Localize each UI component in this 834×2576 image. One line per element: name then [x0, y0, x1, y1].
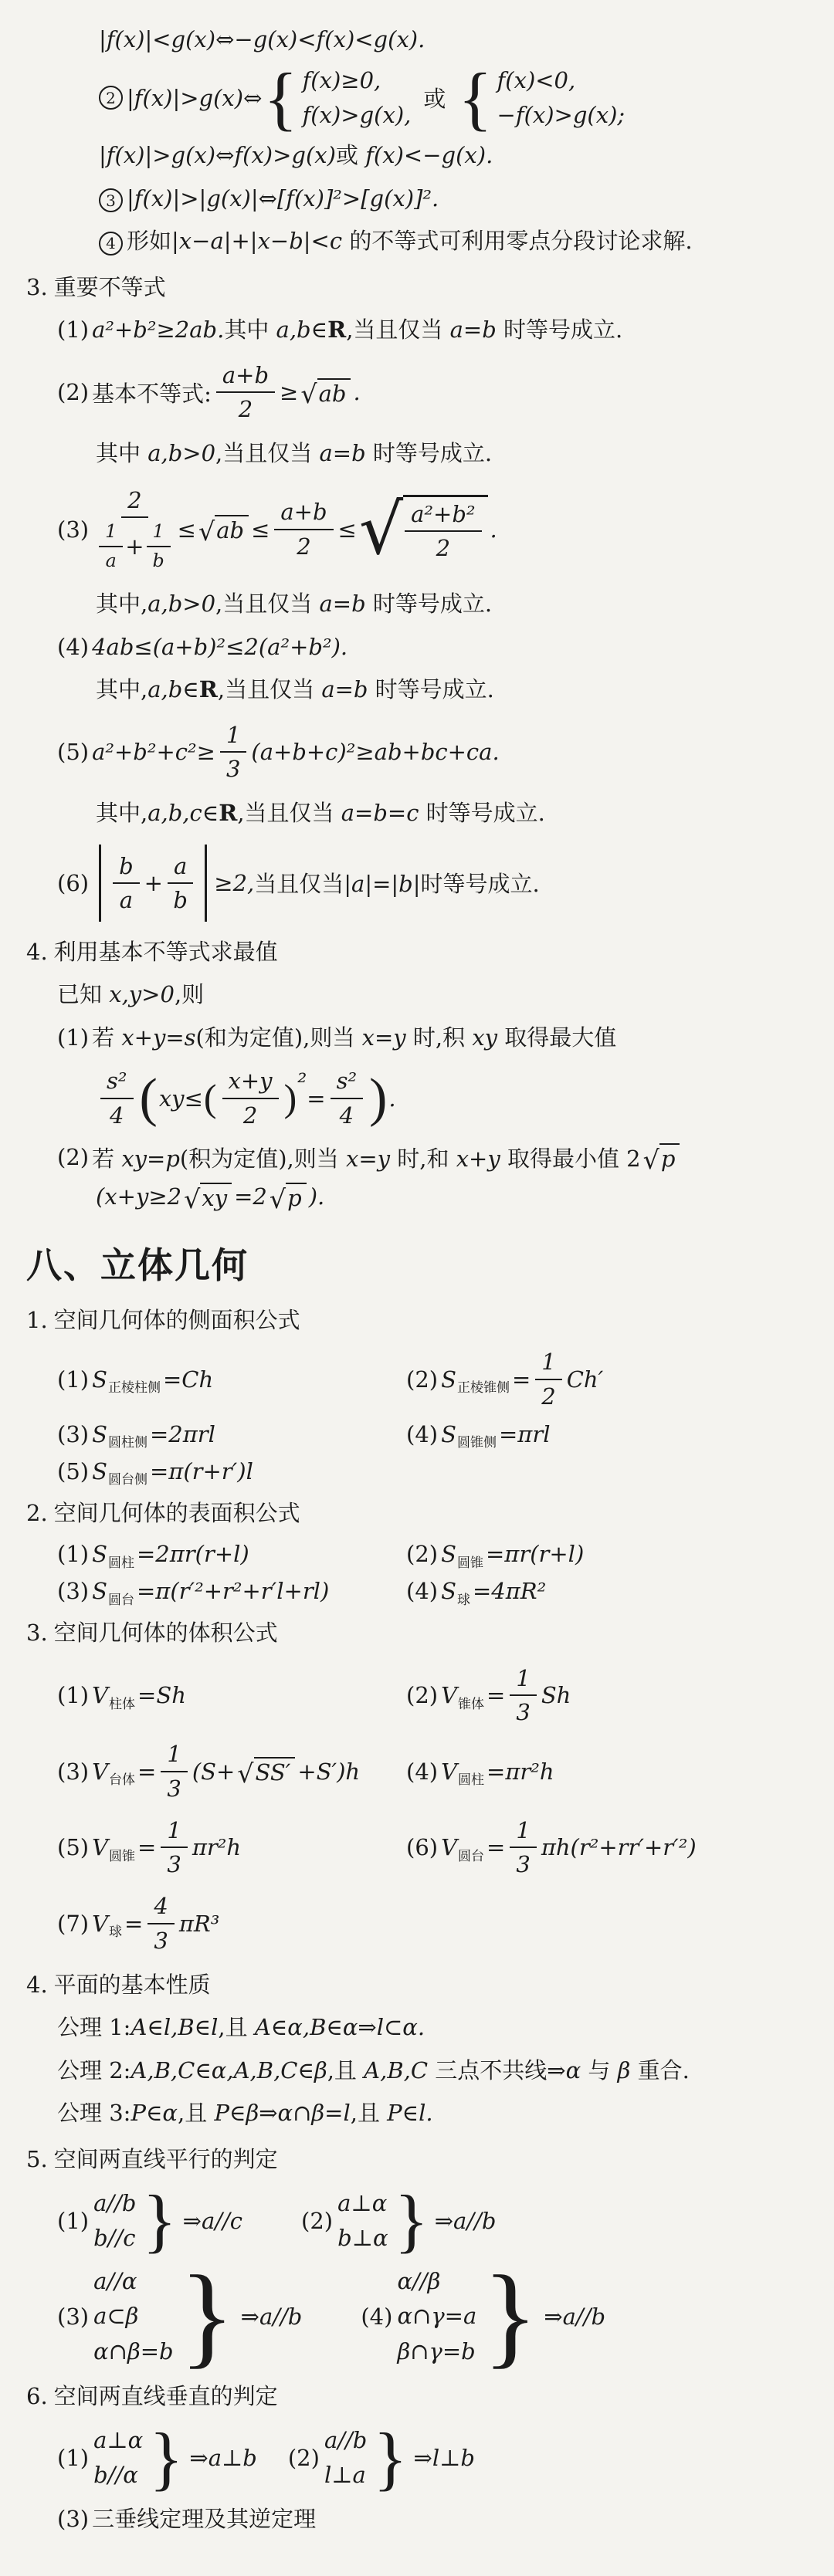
text-run: 4ab≤(a+b)²≤2(a²+b²).: [92, 634, 347, 660]
fraction-denominator: 2: [239, 393, 253, 423]
formula-cell: (1)V柱体=Sh: [57, 1682, 406, 1708]
text-run: |f(x)|>|g(x)|⇔[f(x)]²>[g(x)]².: [127, 185, 439, 212]
condition-stack: a⊥α b⊥α: [337, 2191, 388, 2252]
text-run: 若: [92, 1146, 121, 1172]
formula-row: (7)V球= 43 πR³: [0, 1892, 819, 1955]
formula-abs-2-cases: 2 |f(x)|>g(x)⇔ { f(x)≥0, f(x)>g(x), 或 { …: [0, 66, 819, 130]
formula-text: (x+y≥2: [96, 1183, 181, 1210]
geo-section-6-title: 6.空间两直线垂直的判定: [0, 2380, 819, 2414]
fraction-numerator: s²: [331, 1067, 364, 1098]
condition-row: a⊂β: [93, 2304, 138, 2329]
item-label: (2): [288, 2445, 320, 2471]
text-run: a,b>0: [147, 440, 215, 466]
formula-text: =2πr(r+l): [137, 1541, 249, 1567]
section-number: 1.: [26, 1307, 48, 1333]
condition-row: a//b: [93, 2191, 136, 2216]
circled-number-2: 2: [99, 86, 123, 110]
fraction-numerator: a+b: [216, 361, 275, 393]
formula-cell: (4)S圆锥侧=πrl: [406, 1421, 550, 1447]
text-run: ,且: [218, 2014, 254, 2040]
fraction-denominator: 2: [297, 530, 310, 560]
item-4-1-formula: s²4 ( xy≤ ( x+y2 ) ² = s²4 ) .: [0, 1067, 819, 1129]
formula-text: Sh: [541, 1682, 571, 1708]
item-4-2-formula: (x+y≥2 √xy =2 √p ).: [0, 1183, 819, 1211]
judgement-group: (4) α//β α∩γ=a β∩γ=b } ⇒a//b: [361, 2265, 605, 2368]
fraction-numerator: 1: [510, 1816, 536, 1848]
condition-row: α∩γ=a: [397, 2304, 476, 2329]
fraction-numerator: 2: [121, 486, 147, 518]
text-run: R: [199, 676, 218, 702]
section-number: 3.: [26, 274, 48, 300]
formula-abs-4: 3|f(x)|>|g(x)|⇔[f(x)]²>[g(x)]².: [0, 182, 819, 216]
item-label: (1): [57, 1682, 89, 1708]
text-run: 公理 1:: [57, 2014, 131, 2040]
formula-text: (S+: [192, 1759, 235, 1785]
left-brace: {: [263, 66, 297, 130]
circled-digit: 3: [106, 189, 116, 212]
fraction-numerator: 1: [510, 1664, 536, 1696]
section-title-text: 重要不等式: [54, 274, 166, 300]
item-3-1: (1)a²+b²≥2ab.其中 a,b∈R,当且仅当 a=b 时等号成立.: [0, 313, 819, 347]
fraction-numerator: 1: [161, 1816, 187, 1848]
radical-icon: √: [184, 1183, 200, 1212]
geo-section-3-title: 3.空间几何体的体积公式: [0, 1616, 819, 1650]
radicand: SS′: [254, 1757, 296, 1786]
fraction-denominator: 3: [516, 1848, 530, 1878]
text-run: a=b: [450, 316, 497, 343]
fraction-denominator: 4: [110, 1099, 124, 1129]
formula-row: (5)S圆台侧=π(r+r′)l: [0, 1458, 819, 1484]
text-run: ⇒α: [547, 2057, 581, 2083]
fraction: 1a: [99, 520, 123, 572]
text-run: ,当且仅当: [218, 676, 321, 702]
text-run: 时,和: [390, 1146, 456, 1172]
fraction-numerator: a²+b²: [405, 500, 481, 532]
section-number: 4.: [26, 1972, 48, 1998]
formula-cell: (3)S圆柱侧=2πrl: [57, 1421, 406, 1447]
judgement-row: (3) a//α a⊂β α∩β=b } ⇒a//b (4) α//β α∩γ=…: [0, 2265, 819, 2368]
judgement-group: (1) a//b b//c } ⇒a//c: [57, 2188, 242, 2253]
equals-sign: =: [124, 1911, 143, 1937]
text-run: 时等号成立.: [366, 591, 492, 617]
text-run: R: [327, 316, 346, 343]
condition-row: a//b: [324, 2428, 367, 2453]
fraction-compound: 2 1a + 1b: [97, 486, 173, 573]
radicand: p: [659, 1143, 680, 1172]
formula-text: 公理 3:P∈α,且 P∈β⇒α∩β=l,且 P∈l.: [57, 2100, 433, 2126]
text-run: x=y: [346, 1146, 390, 1172]
fraction-denominator: 2: [436, 532, 450, 562]
symbol-S: S: [92, 1578, 107, 1604]
item-label: (1): [57, 316, 89, 343]
text-run: 其中,: [96, 591, 147, 617]
symbol-S: S: [441, 1366, 456, 1393]
fraction: ba: [113, 852, 140, 915]
geo-section-1-title: 1.空间几何体的侧面积公式: [0, 1304, 819, 1338]
formula-text: =π(r+r′)l: [150, 1458, 253, 1484]
condition-stack: a//b l⊥a: [324, 2428, 367, 2489]
fraction-denominator: 2: [243, 1099, 257, 1129]
formula-text: 其中,a,b>0,当且仅当 a=b 时等号成立.: [96, 591, 492, 617]
subscript-label: 球: [457, 1589, 470, 1608]
fraction: 12: [535, 1348, 561, 1410]
symbol-S: S: [92, 1366, 107, 1393]
text-run: A∈l,B∈l: [131, 2014, 218, 2040]
equals-sign: =: [137, 1759, 156, 1785]
formula-text: |f(x)|>g(x)⇔: [127, 85, 262, 111]
text-run: |x−a|+|x−b|<c: [171, 228, 342, 254]
text-run: x=y: [362, 1024, 406, 1051]
subscript-label: 圆台: [458, 1845, 484, 1864]
text-run: xy: [472, 1024, 497, 1051]
text-run: A,B,C: [364, 2057, 428, 2083]
formula-row: (3)V台体= 13 (S+ √SS′ +S′)h (4)V圆柱=πr²h: [0, 1740, 819, 1803]
formula-text: =πr(r+l): [486, 1541, 584, 1567]
item-label: (2): [57, 1144, 89, 1170]
abs-bar: [99, 845, 101, 922]
subscript-label: 锥体: [458, 1693, 484, 1712]
case-row: f(x)<0,: [497, 68, 576, 93]
formula-text: πr²h: [192, 1834, 241, 1860]
fraction-numerator: x+y: [222, 1067, 279, 1098]
section-number: 3.: [26, 1620, 48, 1646]
item-3-3: (3) 2 1a + 1b ≤ √ab ≤ a+b2 ≤ √ a²+b²2 .: [0, 486, 819, 573]
fraction: 13: [510, 1664, 536, 1727]
fraction-numerator: s²: [100, 1067, 134, 1098]
fraction-denominator: b: [173, 884, 188, 914]
text-run: ,则: [175, 981, 204, 1007]
fraction-numerator: 1: [161, 1740, 187, 1772]
fraction: 13: [161, 1816, 187, 1879]
text-run: 其中,: [96, 800, 147, 826]
formula-cell: (1)S圆柱=2πr(r+l): [57, 1541, 406, 1567]
fraction-numerator: a: [168, 852, 193, 884]
condition-row: b//c: [93, 2226, 135, 2251]
symbol-S: S: [441, 1541, 456, 1567]
radicand: ab: [317, 378, 351, 407]
item-label: (4): [361, 2304, 392, 2330]
equals-sign: =: [137, 1834, 156, 1860]
text-run: ,当且仅当: [346, 316, 449, 343]
left-paren: (: [204, 1081, 217, 1115]
formula-text: πR³: [179, 1911, 220, 1937]
conclusion: ⇒a//c: [183, 2208, 242, 2234]
symbol-V: V: [92, 1834, 108, 1860]
subscript-label: 圆锥: [457, 1552, 483, 1571]
text-run: ,当且仅当: [215, 591, 319, 617]
conclusion: ⇒a//b: [435, 2208, 497, 2234]
case-row: −f(x)>g(x);: [497, 103, 625, 128]
formula-abs-1: |f(x)|<g(x)⇔−g(x)<f(x)<g(x).: [0, 23, 819, 57]
item-label: (2): [406, 1366, 438, 1393]
fraction-denominator: 4: [340, 1099, 354, 1129]
case-stack: f(x)≥0, f(x)>g(x),: [303, 68, 412, 129]
subscript-label: 圆锥: [109, 1845, 135, 1864]
relation: ≥2,: [214, 870, 254, 896]
formula-text: 若 x+y=s(和为定值),则当 x=y 时,积 xy 取得最大值: [92, 1024, 616, 1051]
symbol-S: S: [92, 1421, 107, 1447]
fraction: s²4: [100, 1067, 134, 1129]
item-3-5: (5) a²+b²+c²≥ 13 (a+b+c)²≥ab+bc+ca.: [0, 721, 819, 784]
formula-cell: (3)S圆台=π(r′²+r²+r′l+rl): [57, 1578, 406, 1604]
radical-icon: √: [198, 516, 215, 544]
circled-number-3: 3: [99, 188, 123, 212]
text-run: 取得最小值 2: [500, 1146, 641, 1172]
item-label: (3): [57, 2304, 89, 2330]
text-run: R: [219, 800, 237, 826]
formula-cell: (3)V台体= 13 (S+ √SS′ +S′)h: [57, 1740, 406, 1803]
symbol-V: V: [92, 1759, 108, 1785]
condition-row: a//α: [93, 2269, 137, 2294]
radicand: p: [286, 1183, 307, 1211]
conclusion: ⇒a//b: [544, 2304, 605, 2330]
section-number: 6.: [26, 2383, 48, 2409]
item-3-4: (4)4ab≤(a+b)²≤2(a²+b²).: [0, 631, 819, 665]
formula-text: =4πR²: [473, 1578, 546, 1604]
text-run: 已知: [57, 981, 109, 1007]
item-label: (7): [57, 1911, 89, 1937]
conclusion: ⇒l⊥b: [414, 2445, 475, 2471]
item-label: (4): [406, 1759, 438, 1785]
text-run: |f(x)|<g(x)⇔−g(x)<f(x)<g(x).: [99, 26, 425, 52]
formula-text: Ch′: [567, 1366, 603, 1393]
text-run: 其中: [224, 316, 276, 343]
radical-icon: √: [359, 496, 403, 566]
fraction: a+b2: [274, 498, 333, 560]
text-run: ,且: [351, 2100, 387, 2126]
abs-bar: [205, 845, 207, 922]
condition-row: α∩β=b: [93, 2339, 174, 2364]
formula-text: 已知 x,y>0,则: [57, 981, 204, 1007]
section-title-text: 空间两直线垂直的判定: [54, 2383, 278, 2409]
right-paren-big: ): [369, 1077, 387, 1120]
section-number: 2.: [26, 1500, 48, 1526]
subscript-label: 圆台侧: [108, 1468, 147, 1488]
case-row: f(x)≥0,: [303, 68, 381, 93]
fraction: 13: [161, 1740, 187, 1803]
text-run: a,b,c∈: [147, 800, 219, 826]
text-run: 当且仅当: [254, 871, 344, 897]
formula-row: (3)S圆台=π(r′²+r²+r′l+rl) (4)S球=4πR²: [0, 1578, 819, 1604]
text-run: 公理 3:: [57, 2100, 131, 2126]
judgement-group: (3) a//α a⊂β α∩β=b } ⇒a//b: [57, 2265, 302, 2368]
formula-text: =Ch: [163, 1366, 213, 1393]
item-label: (4): [57, 634, 89, 660]
text-run: 时等号成立.: [419, 800, 544, 826]
item-3-3-note: 其中,a,b>0,当且仅当 a=b 时等号成立.: [0, 587, 819, 621]
given-line: 已知 x,y>0,则: [0, 978, 819, 1012]
formula-cell: (7)V球= 43 πR³: [57, 1892, 406, 1955]
item-label: (3): [57, 1578, 89, 1604]
text-run: ,当且仅当: [215, 440, 319, 466]
formula-text: 当且仅当|a|=|b|时等号成立.: [254, 867, 539, 899]
formula-text: 公理 2:A,B,C∈α,A,B,C∈β,且 A,B,C 三点不共线⇒α 与 β…: [57, 2057, 690, 2083]
item-label: (5): [57, 1458, 89, 1484]
relation: ≤: [338, 516, 357, 543]
text-run: a=b: [319, 591, 365, 617]
section-4-title: 4.利用基本不等式求最值: [0, 936, 819, 970]
text-run: A∈α,B∈α⇒l⊂α.: [255, 2014, 425, 2040]
fraction-denominator: 3: [167, 1848, 181, 1878]
lead-text: 基本不等式:: [92, 377, 212, 408]
subscript-label: 圆柱: [108, 1552, 134, 1571]
formula-text: =π(r′²+r²+r′l+rl): [137, 1578, 329, 1604]
geo-section-2-title: 2.空间几何体的表面积公式: [0, 1497, 819, 1531]
right-paren: ): [284, 1081, 297, 1115]
item-4-2: (2) 若 xy=p(积为定值),则当 x=y 时,和 x+y 取得最小值 2 …: [0, 1142, 819, 1173]
section-3-title: 3.重要不等式: [0, 271, 819, 305]
formula-row: (5)V圆锥= 13 πr²h (6)V圆台= 13 πh(r²+rr′+r′²…: [0, 1816, 819, 1879]
symbol-S: S: [441, 1578, 456, 1604]
formula-text: |f(x)|>g(x)⇔f(x)>g(x)或 f(x)<−g(x).: [99, 142, 493, 168]
item-label: (1): [57, 1024, 89, 1051]
item-label: (4): [406, 1421, 438, 1447]
item-label: (5): [57, 739, 89, 765]
formula-text: 形如|x−a|+|x−b|<c 的不等式可利用零点分段讨论求解.: [127, 228, 693, 254]
item-6-3: (3)三垂线定理及其逆定理: [0, 2503, 819, 2537]
right-brace: }: [373, 2426, 407, 2490]
formula-text: 4ab≤(a+b)²≤2(a²+b²).: [92, 634, 347, 660]
symbol-V: V: [441, 1834, 457, 1860]
subscript-label: 台体: [109, 1769, 135, 1788]
formula-abs-5: 4形如|x−a|+|x−b|<c 的不等式可利用零点分段讨论求解.: [0, 225, 819, 259]
circled-number-4: 4: [99, 232, 123, 256]
formula-text: a²+b²≥2ab.其中 a,b∈R,当且仅当 a=b 时等号成立.: [92, 316, 622, 343]
text-run: β: [618, 2057, 631, 2083]
fraction: a+b2: [216, 361, 275, 424]
condition-row: β∩γ=b: [397, 2339, 475, 2364]
section-title-text: 空间几何体的体积公式: [54, 1620, 278, 1646]
formula-text: =Sh: [137, 1682, 186, 1708]
equals-sign: =: [512, 1366, 531, 1393]
relation: ≤: [251, 516, 270, 543]
text-run: 时等号成立.: [421, 871, 540, 897]
formula-text: =πr²h: [486, 1759, 554, 1785]
text-run: P∈β⇒α∩β=l: [214, 2100, 350, 2126]
fraction: 1b: [147, 520, 171, 572]
formula-text: 其中 a,b>0,当且仅当 a=b 时等号成立.: [96, 440, 492, 466]
section-title-text: 空间两直线平行的判定: [54, 2146, 278, 2172]
formula-text: +S′)h: [297, 1759, 360, 1785]
equals-sign: =: [486, 1682, 505, 1708]
subscript-label: 圆柱: [458, 1769, 484, 1788]
text-run: 三点不共线: [428, 2057, 547, 2083]
sqrt: √ab: [300, 378, 351, 407]
item-3-2-note: 其中 a,b>0,当且仅当 a=b 时等号成立.: [0, 437, 819, 471]
formula-cell: (4)V圆柱=πr²h: [406, 1759, 554, 1785]
axiom-1: 公理 1:A∈l,B∈l,且 A∈α,B∈α⇒l⊂α.: [0, 2011, 819, 2045]
formula-text: 公理 1:A∈l,B∈l,且 A∈α,B∈α⇒l⊂α.: [57, 2014, 425, 2040]
fraction-numerator: 1: [99, 520, 123, 547]
equals-sign: =: [307, 1085, 325, 1112]
text-run: f(x)<−g(x).: [358, 142, 493, 168]
formula-cell: (5)V圆锥= 13 πr²h: [57, 1816, 406, 1879]
text-run: (积为定值),则当: [180, 1146, 346, 1172]
item-label: (1): [57, 2445, 89, 2471]
subscript-label: 球: [109, 1921, 122, 1940]
condition-row: b⊥α: [337, 2226, 388, 2251]
radical-icon: √: [237, 1758, 253, 1786]
radicand: a²+b²2: [403, 495, 487, 564]
right-brace: }: [149, 2426, 183, 2490]
text-run: 时,积: [406, 1024, 473, 1051]
axiom-2: 公理 2:A,B,C∈α,A,B,C∈β,且 A,B,C 三点不共线⇒α 与 β…: [0, 2054, 819, 2088]
item-label: (3): [57, 1421, 89, 1447]
period: .: [388, 1085, 395, 1112]
judgement-group: (2) a⊥α b⊥α } ⇒a//b: [301, 2188, 496, 2253]
fraction-numerator: b: [113, 852, 140, 884]
sqrt: √p: [270, 1183, 307, 1211]
radical-icon: √: [300, 379, 317, 408]
text-run: |f(x)|>g(x)⇔f(x)>g(x): [99, 142, 336, 168]
text-run: a,b∈: [276, 316, 328, 343]
fraction: 13: [220, 721, 246, 784]
text-run: |a|=|b|: [344, 871, 420, 897]
formula-text: (a+b+c)²≥ab+bc+ca.: [251, 739, 499, 765]
section-title-text: 空间几何体的侧面积公式: [54, 1307, 300, 1333]
item-label: (1): [57, 1541, 89, 1567]
formula-row: (1)S正棱柱侧=Ch (2)S正棱锥侧= 12 Ch′: [0, 1348, 819, 1410]
formula-text: 其中,a,b∈R,当且仅当 a=b 时等号成立.: [96, 676, 494, 702]
fraction-denominator: a: [106, 547, 117, 573]
formula-cell: (4)S球=4πR²: [406, 1578, 546, 1604]
section-number: 4.: [26, 939, 48, 965]
formula-text: =2πrl: [150, 1421, 215, 1447]
section-title-text: 利用基本不等式求最值: [54, 939, 278, 965]
condition-stack: a//α a⊂β α∩β=b: [93, 2269, 174, 2364]
text-run: xy=p: [121, 1146, 180, 1172]
text-run: ,且: [327, 2057, 364, 2083]
fraction: a²+b²2: [405, 500, 481, 563]
section-number: 5.: [26, 2146, 48, 2172]
text-run: P∈l.: [387, 2100, 432, 2126]
sqrt: √xy: [184, 1183, 232, 1211]
fraction: 43: [147, 1892, 174, 1955]
scanned-math-notes-page: { "page": { "bg": "#f4f3ef", "ink": "#1b…: [0, 0, 834, 2576]
text-run: 形如: [127, 228, 171, 254]
fraction-denominator: 1a + 1b: [97, 518, 173, 572]
subscript-label: 正棱柱侧: [108, 1376, 161, 1396]
condition-row: b//α: [93, 2463, 138, 2488]
symbol-S: S: [441, 1421, 456, 1447]
formula-cell: (2)V锥体= 13 Sh: [406, 1664, 571, 1727]
symbol-V: V: [441, 1759, 457, 1785]
formula-text: |f(x)|>|g(x)|⇔[f(x)]²>[g(x)]².: [127, 185, 439, 212]
symbol-V: V: [92, 1911, 108, 1937]
sqrt: √p: [643, 1143, 680, 1172]
formula-cell: (1)S正棱柱侧=Ch: [57, 1366, 406, 1393]
right-brace: }: [395, 2188, 429, 2253]
item-3-6: (6) ba + ab ≥2, 当且仅当|a|=|b|时等号成立.: [0, 845, 819, 922]
item-label: (5): [57, 1834, 89, 1860]
condition-row: α//β: [397, 2269, 440, 2294]
item-4-1: (1)若 x+y=s(和为定值),则当 x=y 时,积 xy 取得最大值: [0, 1021, 819, 1055]
fraction-denominator: 2: [541, 1380, 555, 1410]
text-run: a=b=c: [341, 800, 419, 826]
case-row: f(x)>g(x),: [303, 103, 412, 128]
formula-text: xy≤: [159, 1085, 203, 1112]
radicand: ab: [215, 515, 249, 543]
right-brace: }: [483, 2265, 537, 2368]
subscript-label: 圆锥侧: [457, 1431, 497, 1450]
right-brace: }: [180, 2265, 235, 2368]
formula-text: πh(r²+rr′+r′²): [541, 1834, 697, 1860]
equals-sign: =: [486, 1834, 505, 1860]
text-run: ,且: [178, 2100, 214, 2126]
or-word: 或: [423, 82, 446, 113]
section-title-text: 空间几何体的表面积公式: [54, 1500, 300, 1526]
relation: ≤: [178, 516, 196, 543]
